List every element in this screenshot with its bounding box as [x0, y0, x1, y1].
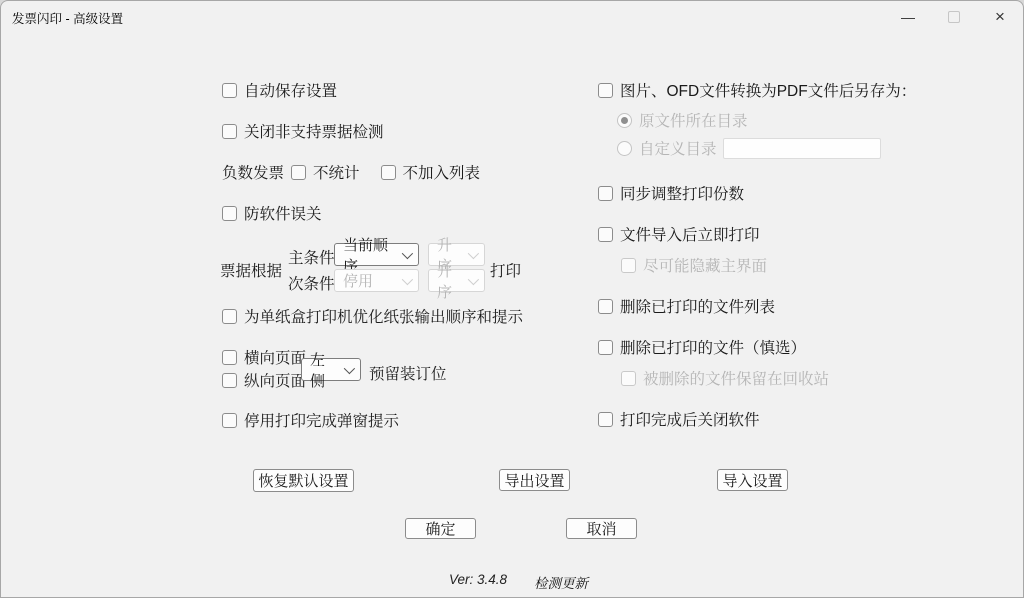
- disable-popup-checkbox[interactable]: [222, 413, 237, 428]
- title-bar: 发票闪印 - 高级设置 — ×: [1, 1, 1023, 33]
- sort-primary-label: 主条件: [288, 246, 335, 268]
- original-dir-radio-row: 原文件所在目录: [617, 110, 748, 130]
- original-dir-label: 原文件所在目录: [639, 109, 748, 131]
- disable-detect-row[interactable]: 关闭非支持票据检测: [222, 121, 384, 141]
- auto-save-row[interactable]: 自动保存设置: [222, 80, 337, 100]
- single-tray-row[interactable]: 为单纸盒打印机优化纸张输出顺序和提示: [222, 306, 523, 326]
- import-settings-button[interactable]: 导入设置: [717, 469, 788, 491]
- landscape-label: 横向页面: [244, 346, 306, 368]
- close-after-print-label: 打印完成后关闭软件: [620, 408, 760, 430]
- print-after-import-row[interactable]: 文件导入后立即打印: [598, 224, 760, 244]
- sync-copies-row[interactable]: 同步调整打印份数: [598, 183, 744, 203]
- auto-save-checkbox[interactable]: [222, 83, 237, 98]
- sort-suffix-label: 打印: [490, 259, 521, 281]
- chevron-down-icon: [402, 247, 413, 258]
- chevron-down-icon: [344, 362, 355, 373]
- close-after-print-row[interactable]: 打印完成后关闭软件: [598, 409, 760, 429]
- keep-recycle-row: 被删除的文件保留在回收站: [621, 368, 829, 388]
- disable-detect-checkbox[interactable]: [222, 124, 237, 139]
- negative-no-list-checkbox[interactable]: [381, 165, 396, 180]
- delete-printed-list-label: 删除已打印的文件列表: [620, 295, 775, 317]
- chevron-down-icon: [402, 273, 413, 284]
- sort-secondary-order-dropdown: 升序: [428, 269, 485, 292]
- negative-invoice-label: 负数发票: [222, 161, 284, 183]
- sync-copies-label: 同步调整打印份数: [620, 182, 744, 204]
- close-after-print-checkbox[interactable]: [598, 412, 613, 427]
- chevron-down-icon: [468, 273, 479, 284]
- delete-printed-list-checkbox[interactable]: [598, 299, 613, 314]
- export-settings-button[interactable]: 导出设置: [499, 469, 570, 491]
- sort-secondary-order-value: 升序: [437, 260, 460, 302]
- ok-button[interactable]: 确定: [405, 518, 476, 539]
- delete-printed-files-row[interactable]: 删除已打印的文件（慎选）: [598, 337, 806, 357]
- advanced-settings-window: 发票闪印 - 高级设置 — × 自动保存设置 关闭非支持票据检测 负数发票 不统…: [0, 0, 1024, 598]
- auto-save-label: 自动保存设置: [244, 79, 337, 101]
- chevron-down-icon: [468, 247, 479, 258]
- convert-save-label: 图片、OFD文件转换为PDF文件后另存为：: [620, 79, 916, 101]
- portrait-checkbox[interactable]: [222, 373, 237, 388]
- original-dir-radio: [617, 113, 632, 128]
- disable-popup-label: 停用打印完成弹窗提示: [244, 409, 399, 431]
- negative-no-list-label: 不加入列表: [403, 161, 481, 183]
- keep-recycle-checkbox: [621, 371, 636, 386]
- disable-popup-row[interactable]: 停用打印完成弹窗提示: [222, 410, 399, 430]
- check-update-link[interactable]: 检测更新: [534, 572, 588, 592]
- landscape-checkbox[interactable]: [222, 350, 237, 365]
- sort-primary-dropdown[interactable]: 当前顺序: [334, 243, 419, 266]
- hide-main-label: 尽可能隐藏主界面: [643, 254, 767, 276]
- close-button[interactable]: ×: [977, 2, 1023, 31]
- portrait-label: 纵向页面: [244, 369, 306, 391]
- print-after-import-checkbox[interactable]: [598, 227, 613, 242]
- custom-dir-input: [723, 138, 881, 159]
- hide-main-row: 尽可能隐藏主界面: [621, 255, 767, 275]
- portrait-row[interactable]: 纵向页面: [222, 370, 306, 390]
- close-icon: ×: [995, 7, 1005, 27]
- prevent-misclose-label: 防软件误关: [244, 202, 322, 224]
- prevent-misclose-checkbox[interactable]: [222, 206, 237, 221]
- convert-save-row[interactable]: 图片、OFD文件转换为PDF文件后另存为：: [598, 80, 916, 100]
- delete-printed-files-checkbox[interactable]: [598, 340, 613, 355]
- disable-detect-label: 关闭非支持票据检测: [244, 120, 384, 142]
- maximize-icon: [948, 11, 960, 23]
- prevent-misclose-row[interactable]: 防软件误关: [222, 203, 322, 223]
- sort-secondary-label: 次条件: [288, 272, 335, 294]
- sort-secondary-value: 停用: [343, 270, 373, 291]
- custom-dir-radio: [617, 141, 632, 156]
- negative-no-count-checkbox[interactable]: [291, 165, 306, 180]
- binding-side-value: 左侧: [310, 349, 336, 391]
- hide-main-checkbox: [621, 258, 636, 273]
- sync-copies-checkbox[interactable]: [598, 186, 613, 201]
- landscape-row[interactable]: 横向页面: [222, 347, 306, 367]
- negative-no-count-label: 不统计: [313, 161, 360, 183]
- minimize-button[interactable]: —: [885, 2, 931, 31]
- print-after-import-label: 文件导入后立即打印: [620, 223, 760, 245]
- delete-printed-files-label: 删除已打印的文件（慎选）: [620, 336, 806, 358]
- delete-printed-list-row[interactable]: 删除已打印的文件列表: [598, 296, 775, 316]
- restore-default-button[interactable]: 恢复默认设置: [253, 469, 354, 492]
- custom-dir-radio-row: 自定义目录: [617, 138, 717, 158]
- custom-dir-label: 自定义目录: [639, 137, 717, 159]
- keep-recycle-label: 被删除的文件保留在回收站: [643, 367, 829, 389]
- single-tray-checkbox[interactable]: [222, 309, 237, 324]
- cancel-button[interactable]: 取消: [566, 518, 637, 539]
- binding-reserve-label: 预留装订位: [369, 362, 447, 384]
- sort-secondary-dropdown: 停用: [334, 269, 419, 292]
- negative-invoice-row: 负数发票 不统计 不加入列表: [222, 162, 480, 182]
- sort-prefix-label: 票据根据: [220, 259, 282, 281]
- window-title: 发票闪印 - 高级设置: [12, 9, 123, 27]
- minimize-icon: —: [901, 9, 915, 25]
- version-text: Ver: 3.4.8: [449, 572, 507, 587]
- convert-save-checkbox[interactable]: [598, 83, 613, 98]
- binding-side-dropdown[interactable]: 左侧: [301, 358, 361, 381]
- maximize-button: [931, 2, 977, 31]
- single-tray-label: 为单纸盒打印机优化纸张输出顺序和提示: [244, 305, 523, 327]
